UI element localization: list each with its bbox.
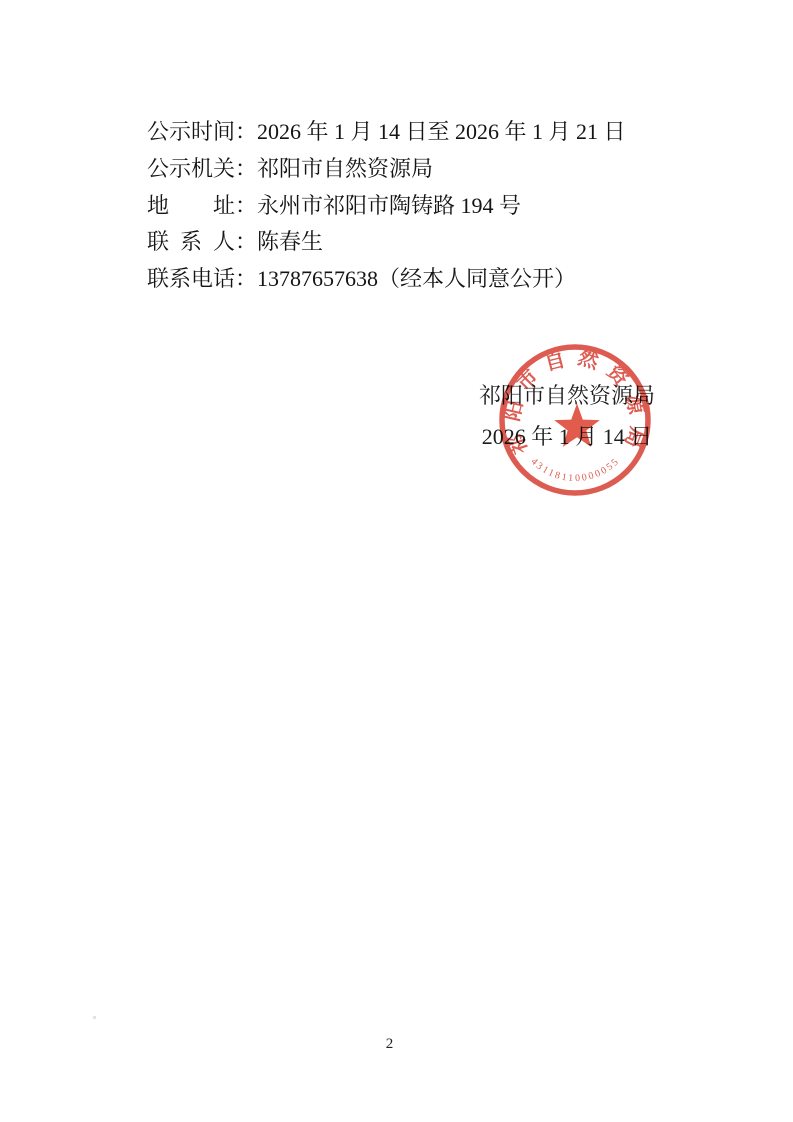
notice-line-contact: 联 系 人：陈春生 bbox=[147, 224, 707, 261]
page-number: 2 bbox=[0, 1036, 779, 1053]
scan-speck bbox=[93, 1016, 96, 1019]
notice-line-phone: 联系电话：13787657638（经本人同意公开） bbox=[147, 261, 707, 298]
seal-ring-text: 祁阳市自然资源局 bbox=[500, 345, 649, 461]
notice-line-agency: 公示机关：祁阳市自然资源局 bbox=[147, 151, 707, 188]
document-page: 公示时间：2026 年 1 月 14 日至 2026 年 1 月 21 日 公示… bbox=[0, 0, 793, 1122]
seal-ring-text-path: 祁阳市自然资源局 bbox=[500, 345, 649, 461]
official-seal: 祁阳市自然资源局 43118110000055 bbox=[495, 340, 655, 500]
seal-code-text: 43118110000055 bbox=[529, 455, 623, 484]
notice-info-block: 公示时间：2026 年 1 月 14 日至 2026 年 1 月 21 日 公示… bbox=[147, 114, 707, 298]
notice-line-address: 地 址：永州市祁阳市陶铸路 194 号 bbox=[147, 188, 707, 225]
seal-code-text-path: 43118110000055 bbox=[529, 455, 623, 484]
seal-star-icon bbox=[554, 404, 600, 447]
notice-line-period: 公示时间：2026 年 1 月 14 日至 2026 年 1 月 21 日 bbox=[147, 114, 707, 151]
